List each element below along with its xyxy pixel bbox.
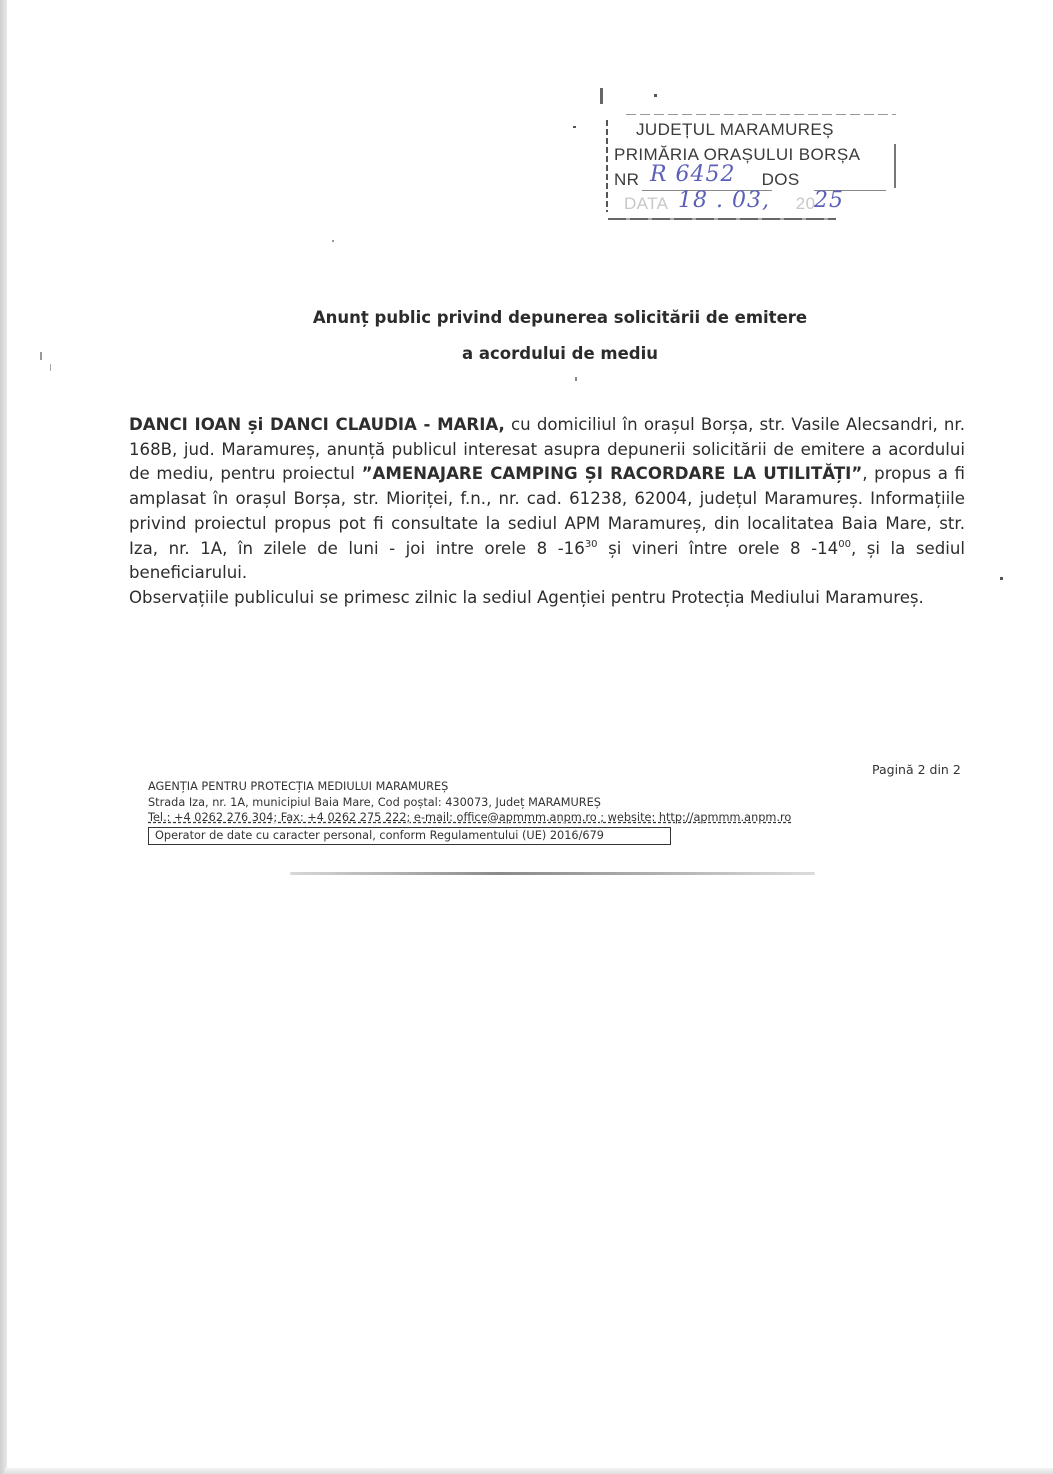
footer-agency-name: AGENȚIA PENTRU PROTECȚIA MEDIULUI MARAMU… (148, 779, 791, 795)
scan-speck (600, 88, 603, 104)
scan-bottom-edge (5, 1468, 1053, 1474)
scan-speck (654, 94, 657, 97)
stamp-year-printed: 20 (796, 194, 816, 213)
document-title: Anunț public privind depunerea solicităr… (0, 308, 1053, 327)
stamp-dos-label: DOS (762, 170, 800, 189)
stamp-border (606, 120, 608, 212)
scan-rule-line (290, 872, 815, 875)
stamp-county: JUDEȚUL MARAMUREȘ (636, 120, 834, 140)
footer-gdpr-notice: Operator de date cu caracter personal, c… (148, 827, 671, 845)
stamp-registration-number: R 6452 (650, 162, 736, 187)
applicants-names: DANCI IOAN și DANCI CLAUDIA - MARIA, (129, 415, 505, 434)
project-name: ”AMENAJARE CAMPING ȘI RACORDARE LA UTILI… (362, 464, 863, 483)
agency-footer: AGENȚIA PENTRU PROTECȚIA MEDIULUI MARAMU… (148, 779, 791, 845)
announcement-body: DANCI IOAN și DANCI CLAUDIA - MARIA, cu … (129, 413, 965, 611)
scan-left-edge (0, 0, 7, 1474)
stamp-border (626, 114, 896, 115)
stamp-date-label: DATA (624, 194, 667, 213)
observations-paragraph: Observațiile publicului se primesc zilni… (129, 586, 965, 611)
stamp-date-value: 18 . 03, (678, 188, 770, 213)
stamp-border (608, 218, 836, 220)
footer-address: Strada Iza, nr. 1A, municipiul Baia Mare… (148, 795, 791, 811)
stamp-border (894, 144, 896, 188)
scan-speck (332, 240, 334, 242)
scan-speck (575, 377, 577, 381)
scan-speck (573, 126, 576, 128)
stamp-nr-label: NR (614, 170, 639, 189)
page-number: Pagină 2 din 2 (872, 762, 961, 777)
announcement-paragraph: DANCI IOAN și DANCI CLAUDIA - MARIA, cu … (129, 413, 965, 586)
scan-speck (50, 364, 51, 371)
scan-speck (1000, 577, 1003, 580)
footer-contact: Tel.: +4 0262 276 304; Fax: +4 0262 275 … (148, 810, 791, 826)
stamp-year-handwritten: 25 (814, 188, 844, 213)
document-title-line2: a acordului de mediu (0, 344, 1053, 363)
registration-stamp: JUDEȚUL MARAMUREȘ PRIMĂRIA ORAȘULUI BORȘ… (606, 114, 896, 220)
